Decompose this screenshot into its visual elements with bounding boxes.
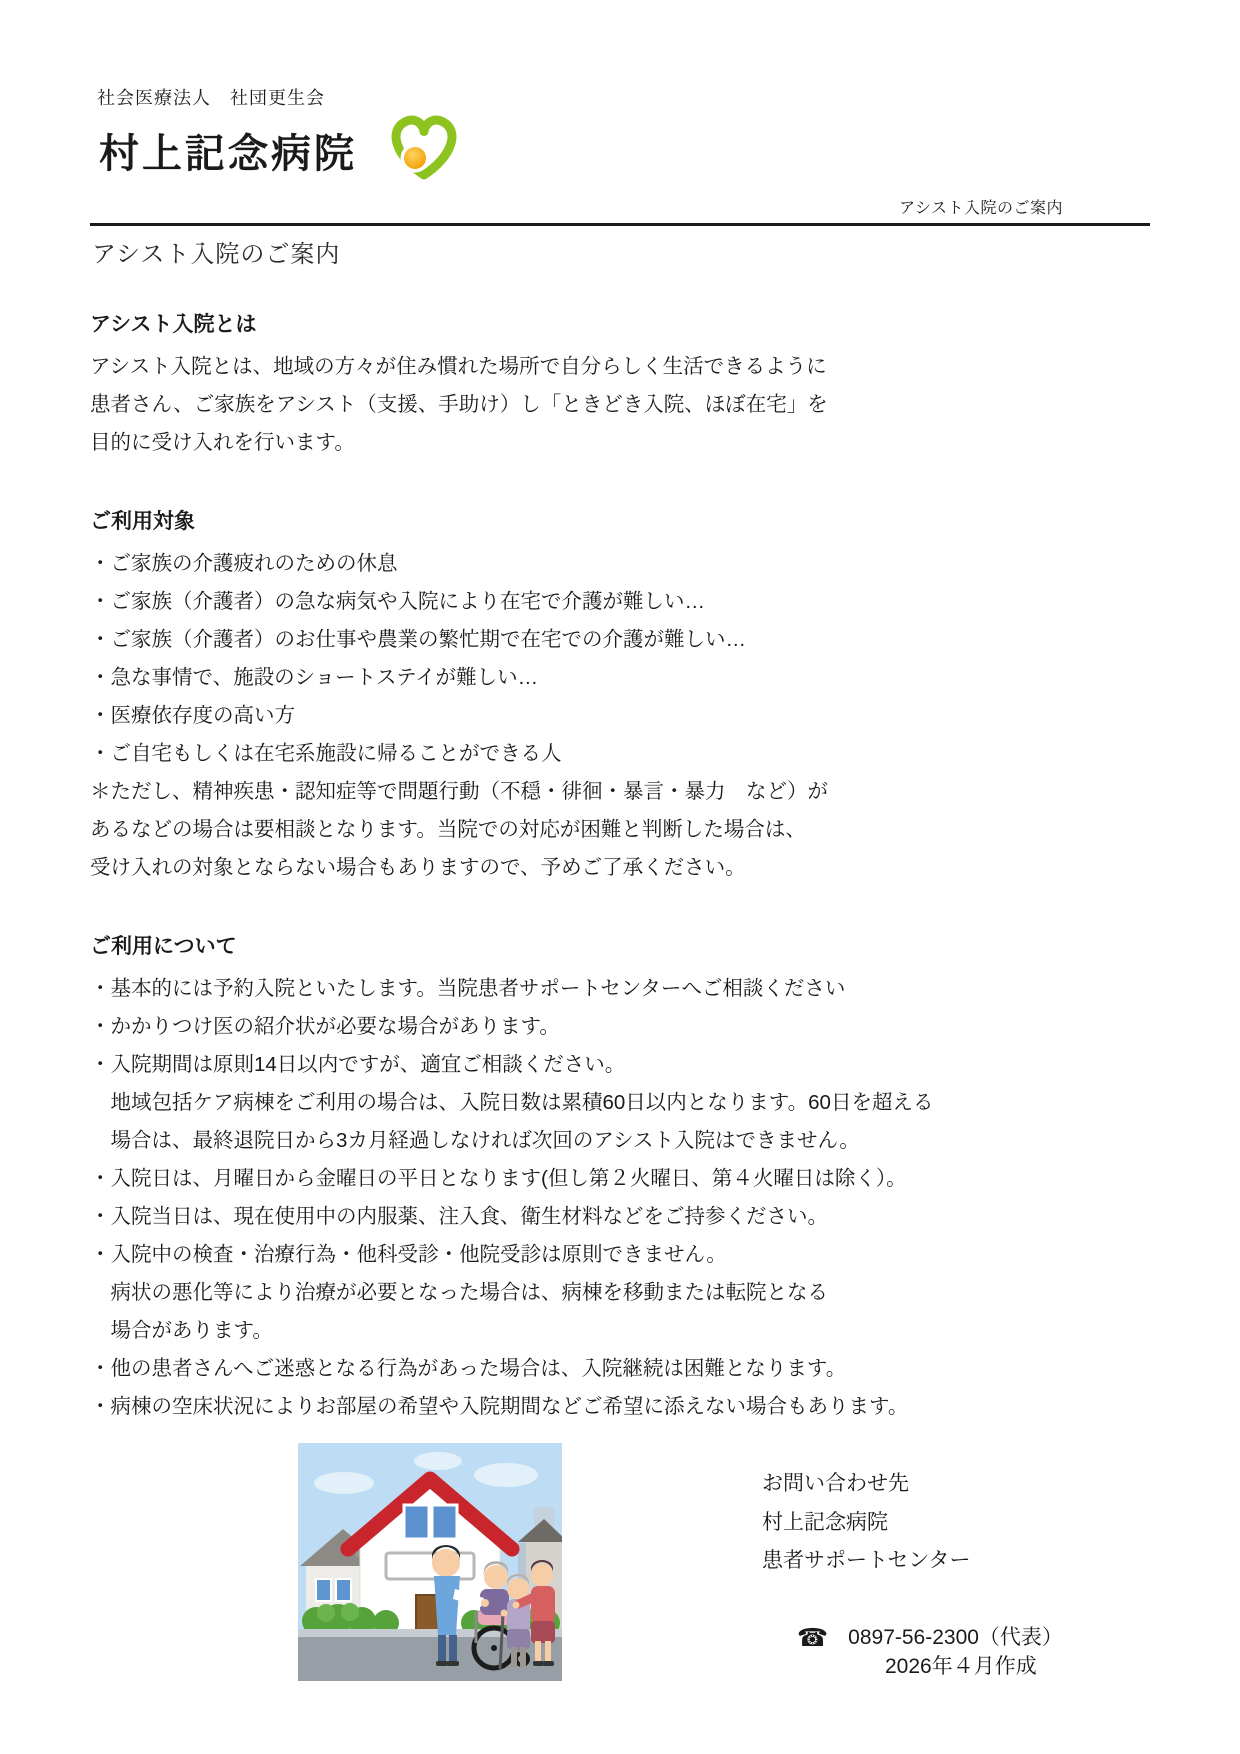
text-line: ・ご家族の介護疲れのための休息 <box>90 545 1110 583</box>
contact-phone-number: 0897-56-2300（代表） <box>848 1626 1063 1649</box>
corporation-name: 社会医療法人 社団更生会 <box>97 84 325 110</box>
section-eligibility-body: ・ご家族の介護疲れのための休息・ご家族（介護者）の急な病気や入院により在宅で介護… <box>90 545 1110 887</box>
created-date: 2026年４月作成 <box>885 1650 1037 1680</box>
header-doc-label: アシスト入院のご案内 <box>899 195 1063 218</box>
text-line: 患者さん、ご家族をアシスト（支援、手助け）し「ときどき入院、ほぼ在宅」を <box>90 386 1110 424</box>
text-line: ・ご自宅もしくは在宅系施設に帰ることができる人 <box>90 735 1110 773</box>
section-eligibility-heading: ご利用対象 <box>90 503 1110 541</box>
text-line: ・病棟の空床状況によりお部屋の希望や入院期間などご希望に添えない場合もあります。 <box>90 1388 1110 1426</box>
header-rule <box>90 223 1150 226</box>
section-usage-heading: ご利用について <box>90 928 1110 966</box>
community-care-illustration <box>298 1443 562 1681</box>
text-line: 場合があります。 <box>90 1312 1110 1350</box>
text-line: 病状の悪化等により治療が必要となった場合は、病棟を移動または転院となる <box>90 1274 1110 1312</box>
text-line: ・入院当日は、現在使用中の内服薬、注入食、衛生材料などをご持参ください。 <box>90 1198 1110 1236</box>
text-line: 地域包括ケア病棟をご利用の場合は、入院日数は累積60日以内となります。60日を超… <box>90 1084 1110 1122</box>
text-line: ・医療依存度の高い方 <box>90 697 1110 735</box>
text-line: ・基本的には予約入院といたします。当院患者サポートセンターへご相談ください <box>90 970 1110 1008</box>
text-line: あるなどの場合は要相談となります。当院での対応が困難と判断した場合は、 <box>90 811 1110 849</box>
section-eligibility: ご利用対象 ・ご家族の介護疲れのための休息・ご家族（介護者）の急な病気や入院によ… <box>90 503 1110 887</box>
text-line: アシスト入院とは、地域の方々が住み慣れた場所で自分らしく生活できるように <box>90 348 1110 386</box>
section-about: アシスト入院とは アシスト入院とは、地域の方々が住み慣れた場所で自分らしく生活で… <box>90 306 1110 462</box>
text-line: ・入院期間は原則14日以内ですが、適宜ご相談ください。 <box>90 1046 1110 1084</box>
section-usage-body: ・基本的には予約入院といたします。当院患者サポートセンターへご相談ください・かか… <box>90 970 1110 1426</box>
text-line: ＊ただし、精神疾患・認知症等で問題行動（不穏・徘徊・暴言・暴力 など）が <box>90 773 1110 811</box>
text-line: ・入院日は、月曜日から金曜日の平日となります(但し第２火曜日、第４火曜日は除く）… <box>90 1160 1110 1198</box>
telephone-icon: ☎ <box>797 1624 828 1652</box>
contact-heading: お問い合わせ先 <box>762 1465 1063 1504</box>
text-line: ・入院中の検査・治療行為・他科受診・他院受診は原則できません。 <box>90 1236 1110 1274</box>
document-page: 社会医療法人 社団更生会 村上記念病院 アシスト入院のご案内 アシスト入院のご案… <box>0 0 1240 1754</box>
text-line: 目的に受け入れを行います。 <box>90 424 1110 462</box>
section-usage: ご利用について ・基本的には予約入院といたします。当院患者サポートセンターへご相… <box>90 928 1110 1426</box>
contact-hospital: 村上記念病院 <box>762 1504 1063 1543</box>
contact-phone-row: ☎0897-56-2300（代表） <box>762 1581 1063 1620</box>
contact-block: お問い合わせ先 村上記念病院 患者サポートセンター ☎0897-56-2300（… <box>762 1465 1063 1619</box>
text-line: ・ご家族（介護者）のお仕事や農業の繁忙期で在宅での介護が難しい… <box>90 621 1110 659</box>
contact-department: 患者サポートセンター <box>762 1542 1063 1581</box>
hospital-name: 村上記念病院 <box>99 122 357 179</box>
text-line: 受け入れの対象とならない場合もありますので、予めご了承ください。 <box>90 849 1110 887</box>
text-line: 場合は、最終退院日から3カ月経過しなければ次回のアシスト入院はできません。 <box>90 1122 1110 1160</box>
hospital-logo-heart-icon <box>384 112 464 184</box>
text-line: ・急な事情で、施設のショートステイが難しい… <box>90 659 1110 697</box>
text-line: ・ご家族（介護者）の急な病気や入院により在宅で介護が難しい… <box>90 583 1110 621</box>
section-about-heading: アシスト入院とは <box>90 306 1110 344</box>
text-line: ・かかりつけ医の紹介状が必要な場合があります。 <box>90 1008 1110 1046</box>
section-about-body: アシスト入院とは、地域の方々が住み慣れた場所で自分らしく生活できるように患者さん… <box>90 348 1110 462</box>
page-title: アシスト入院のご案内 <box>92 234 340 269</box>
text-line: ・他の患者さんへご迷惑となる行為があった場合は、入院継続は困難となります。 <box>90 1350 1110 1388</box>
